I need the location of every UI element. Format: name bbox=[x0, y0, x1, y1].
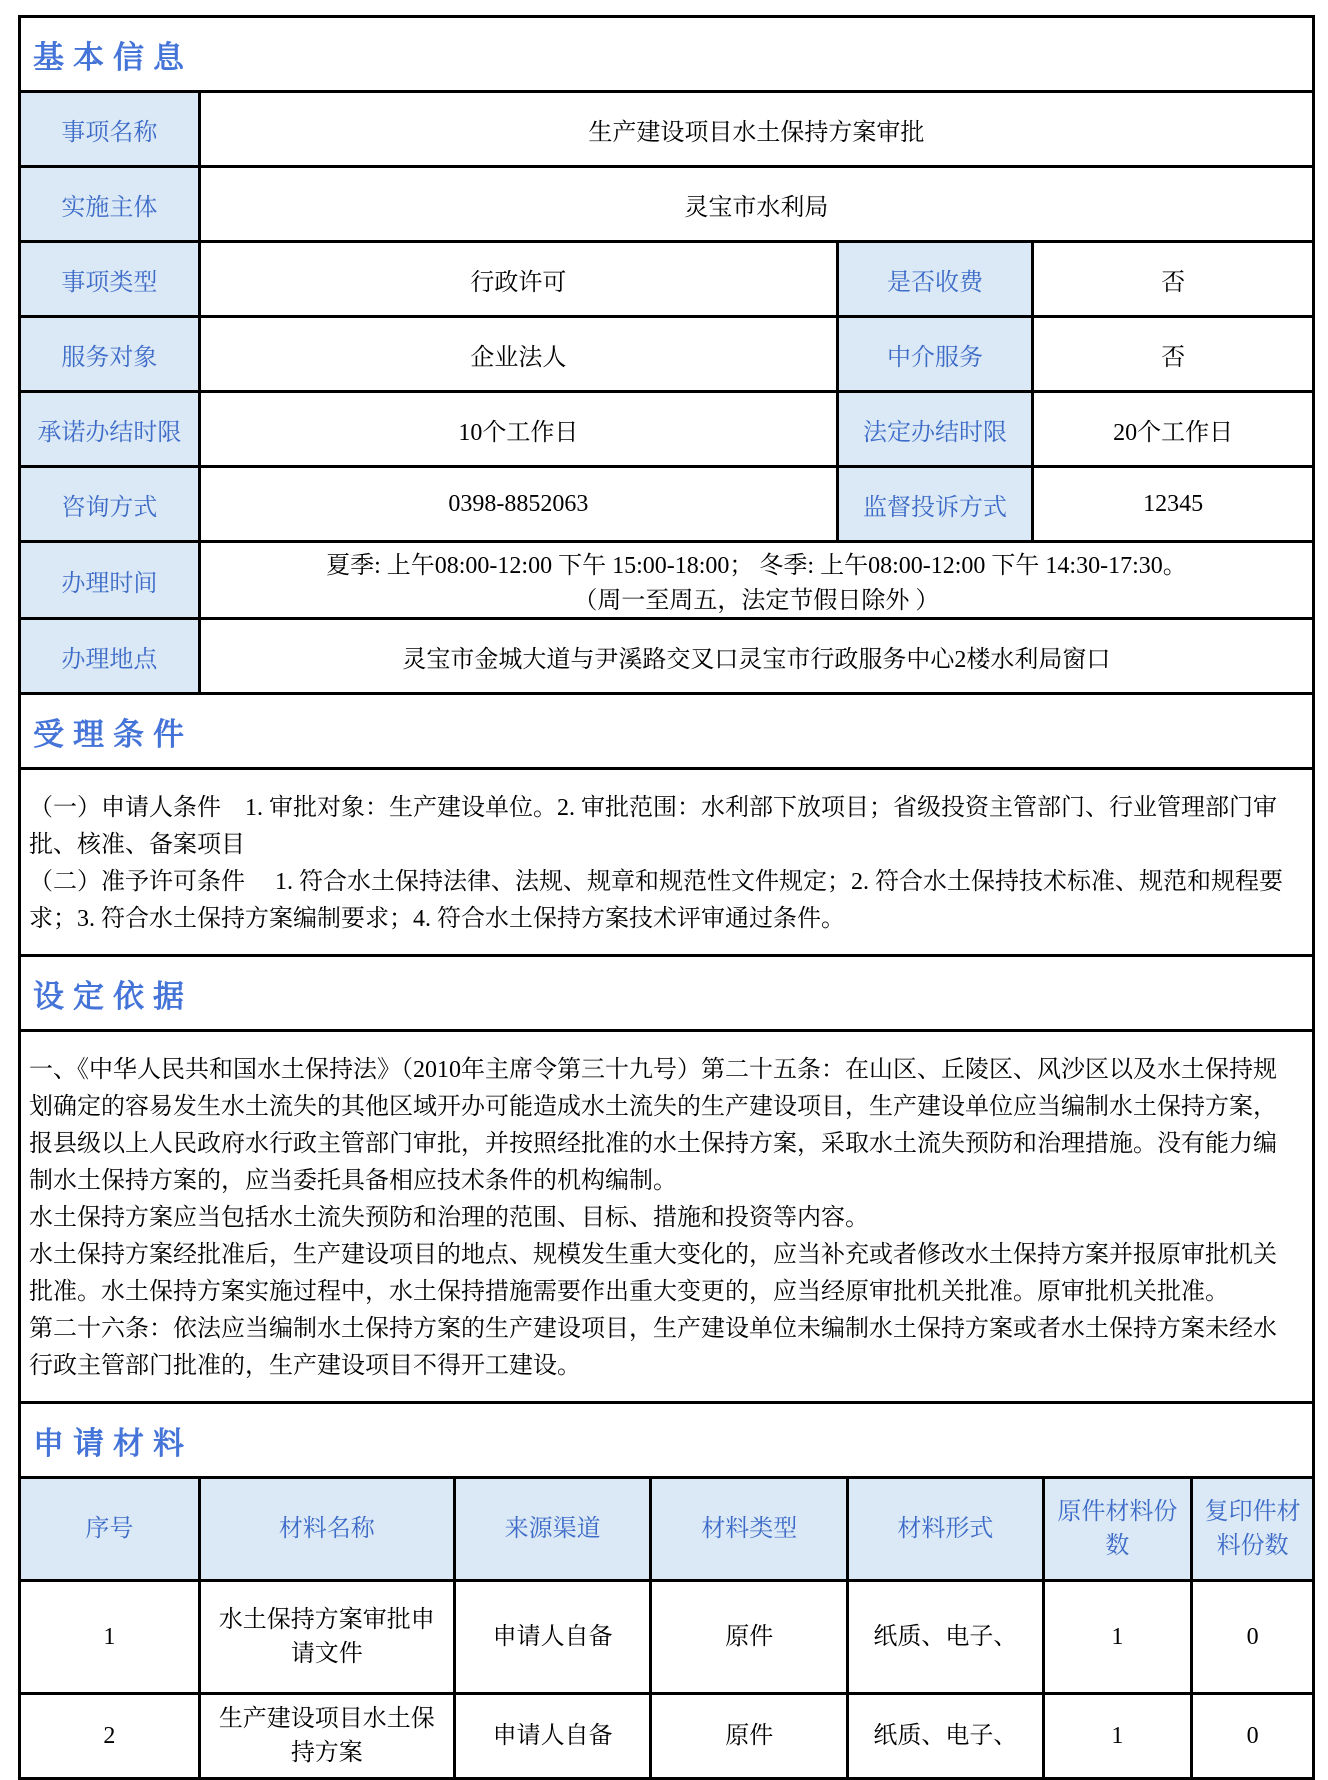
material-source: 申请人自备 bbox=[454, 1694, 651, 1779]
field-label-promised-time-limit: 承诺办结时限 bbox=[20, 392, 200, 467]
office-hours-line1: 夏季: 上午08:00-12:00 下午 15:00-18:00； 冬季: 上午… bbox=[207, 545, 1306, 580]
field-label-item-type: 事项类型 bbox=[20, 242, 200, 317]
legal-basis-paragraph: 第二十六条：依法应当编制水土保持方案的生产建设项目，生产建设单位未编制水土保持方… bbox=[29, 1311, 1300, 1385]
table-row: 实施主体 灵宝市水利局 bbox=[20, 167, 1314, 242]
table-row: 承诺办结时限 10个工作日 法定办结时限 20个工作日 bbox=[20, 392, 1314, 467]
acceptance-title-row: 受理条件 bbox=[20, 694, 1314, 769]
table-row: 事项类型 行政许可 是否收费 否 bbox=[20, 242, 1314, 317]
acceptance-conditions-text: （一）申请人条件 1. 审批对象：生产建设单位。2. 审批范围：水利部下放项目；… bbox=[20, 769, 1314, 956]
section-title-acceptance-conditions: 受理条件 bbox=[20, 694, 1314, 769]
column-header-material-form: 材料形式 bbox=[848, 1478, 1043, 1581]
field-label-office-hours: 办理时间 bbox=[20, 542, 200, 619]
field-value-statutory-time-limit: 20个工作日 bbox=[1033, 392, 1314, 467]
field-value-fee-charged: 否 bbox=[1033, 242, 1314, 317]
section-title-application-materials: 申请材料 bbox=[20, 1403, 1314, 1478]
material-type: 原件 bbox=[651, 1694, 848, 1779]
material-type: 原件 bbox=[651, 1581, 848, 1694]
field-value-item-type: 行政许可 bbox=[199, 242, 837, 317]
field-label-statutory-time-limit: 法定办结时限 bbox=[837, 392, 1032, 467]
field-value-intermediary-service: 否 bbox=[1033, 317, 1314, 392]
field-label-item-name: 事项名称 bbox=[20, 92, 200, 167]
field-label-intermediary-service: 中介服务 bbox=[837, 317, 1032, 392]
office-hours-line2: （周一至周五，法定节假日除外 ） bbox=[207, 580, 1306, 615]
table-row: 办理地点 灵宝市金城大道与尹溪路交叉口灵宝市行政服务中心2楼水利局窗口 bbox=[20, 619, 1314, 694]
document-page: 基本信息 事项名称 生产建设项目水土保持方案审批 实施主体 灵宝市水利局 事项类… bbox=[18, 15, 1315, 1780]
field-value-consultation-phone: 0398-8852063 bbox=[199, 467, 837, 542]
section-title-legal-basis: 设定依据 bbox=[20, 956, 1314, 1031]
legal-basis-paragraph: 水土保持方案经批准后，生产建设项目的地点、规模发生重大变化的，应当补充或者修改水… bbox=[29, 1237, 1300, 1311]
legal-basis-section: 设定依据 一、《中华人民共和国水土保持法》（2010年主席令第三十九号）第二十五… bbox=[18, 954, 1315, 1404]
field-value-implementing-body: 灵宝市水利局 bbox=[199, 167, 1313, 242]
legal-basis-paragraph: 水土保持方案应当包括水土流失预防和治理的范围、目标、措施和投资等内容。 bbox=[29, 1200, 1300, 1237]
material-name: 水土保持方案审批申请文件 bbox=[199, 1581, 454, 1694]
table-row: 服务对象 企业法人 中介服务 否 bbox=[20, 317, 1314, 392]
column-header-source-channel: 来源渠道 bbox=[454, 1478, 651, 1581]
field-label-service-target: 服务对象 bbox=[20, 317, 200, 392]
acceptance-conditions-section: 受理条件 （一）申请人条件 1. 审批对象：生产建设单位。2. 审批范围：水利部… bbox=[18, 692, 1315, 957]
acceptance-text-row: （一）申请人条件 1. 审批对象：生产建设单位。2. 审批范围：水利部下放项目；… bbox=[20, 769, 1314, 956]
column-header-serial-number: 序号 bbox=[20, 1478, 200, 1581]
field-label-complaint-method: 监督投诉方式 bbox=[837, 467, 1032, 542]
column-header-photocopy-copies: 复印件材料份数 bbox=[1192, 1478, 1314, 1581]
basic-info-section: 基本信息 事项名称 生产建设项目水土保持方案审批 实施主体 灵宝市水利局 事项类… bbox=[18, 15, 1315, 695]
field-value-complaint-hotline: 12345 bbox=[1033, 467, 1314, 542]
field-label-implementing-body: 实施主体 bbox=[20, 167, 200, 242]
column-header-material-name: 材料名称 bbox=[199, 1478, 454, 1581]
material-serial: 2 bbox=[20, 1694, 200, 1779]
section-title-basic-info: 基本信息 bbox=[20, 17, 1314, 92]
acceptance-paragraph: （一）申请人条件 1. 审批对象：生产建设单位。2. 审批范围：水利部下放项目；… bbox=[29, 790, 1300, 864]
material-form: 纸质、电子、 bbox=[848, 1694, 1043, 1779]
table-row: 2 生产建设项目水土保持方案 申请人自备 原件 纸质、电子、 1 0 bbox=[20, 1694, 1314, 1779]
application-materials-section: 申请材料 序号 材料名称 来源渠道 材料类型 材料形式 原件材料份数 复印件材料… bbox=[18, 1401, 1315, 1780]
legal-basis-text-row: 一、《中华人民共和国水土保持法》（2010年主席令第三十九号）第二十五条：在山区… bbox=[20, 1031, 1314, 1403]
field-value-promised-time-limit: 10个工作日 bbox=[199, 392, 837, 467]
legal-basis-paragraph: 一、《中华人民共和国水土保持法》（2010年主席令第三十九号）第二十五条：在山区… bbox=[29, 1052, 1300, 1200]
material-source: 申请人自备 bbox=[454, 1581, 651, 1694]
field-value-office-location: 灵宝市金城大道与尹溪路交叉口灵宝市行政服务中心2楼水利局窗口 bbox=[199, 619, 1313, 694]
acceptance-paragraph: （二）准予许可条件 1. 符合水土保持法律、法规、规章和规范性文件规定；2. 符… bbox=[29, 864, 1300, 938]
material-photocopy-count: 0 bbox=[1192, 1694, 1314, 1779]
table-row: 办理时间 夏季: 上午08:00-12:00 下午 15:00-18:00； 冬… bbox=[20, 542, 1314, 619]
field-value-office-hours: 夏季: 上午08:00-12:00 下午 15:00-18:00； 冬季: 上午… bbox=[199, 542, 1313, 619]
material-form: 纸质、电子、 bbox=[848, 1581, 1043, 1694]
material-name: 生产建设项目水土保持方案 bbox=[199, 1694, 454, 1779]
column-header-original-copies: 原件材料份数 bbox=[1043, 1478, 1192, 1581]
field-value-service-target: 企业法人 bbox=[199, 317, 837, 392]
legal-basis-text: 一、《中华人民共和国水土保持法》（2010年主席令第三十九号）第二十五条：在山区… bbox=[20, 1031, 1314, 1403]
column-header-material-type: 材料类型 bbox=[651, 1478, 848, 1581]
materials-title-row: 申请材料 bbox=[20, 1403, 1314, 1478]
field-label-fee-charged: 是否收费 bbox=[837, 242, 1032, 317]
materials-header-row: 序号 材料名称 来源渠道 材料类型 材料形式 原件材料份数 复印件材料份数 bbox=[20, 1478, 1314, 1581]
field-label-office-location: 办理地点 bbox=[20, 619, 200, 694]
material-original-count: 1 bbox=[1043, 1581, 1192, 1694]
field-value-item-name: 生产建设项目水土保持方案审批 bbox=[199, 92, 1313, 167]
table-row: 事项名称 生产建设项目水土保持方案审批 bbox=[20, 92, 1314, 167]
table-row: 1 水土保持方案审批申请文件 申请人自备 原件 纸质、电子、 1 0 bbox=[20, 1581, 1314, 1694]
field-label-consultation-method: 咨询方式 bbox=[20, 467, 200, 542]
basic-info-title-row: 基本信息 bbox=[20, 17, 1314, 92]
material-original-count: 1 bbox=[1043, 1694, 1192, 1779]
material-serial: 1 bbox=[20, 1581, 200, 1694]
legal-basis-title-row: 设定依据 bbox=[20, 956, 1314, 1031]
table-row: 咨询方式 0398-8852063 监督投诉方式 12345 bbox=[20, 467, 1314, 542]
material-photocopy-count: 0 bbox=[1192, 1581, 1314, 1694]
